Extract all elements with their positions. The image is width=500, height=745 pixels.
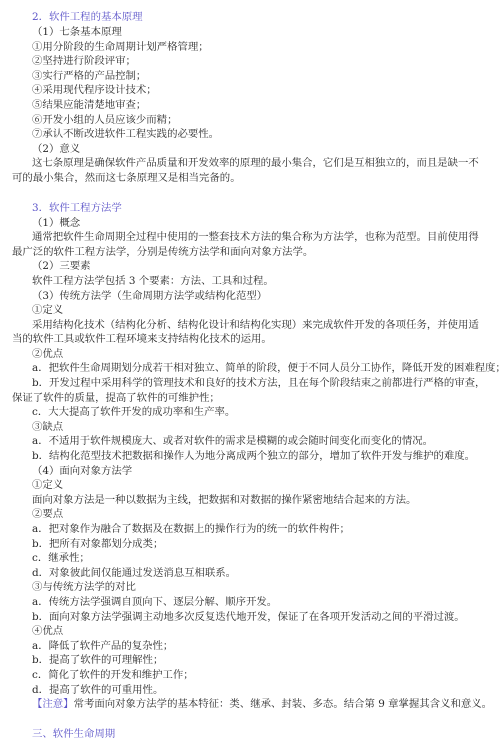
spacer — [12, 712, 486, 727]
meaning-paragraph: 这七条原理是确保软件产品质量和开发效率的原理的最小集合，它们是互相独立的，而且是… — [12, 156, 486, 185]
list-item: d．提高了软件的可重用性。 — [12, 683, 486, 698]
principle-item: ⑤结果应能清楚地审查； — [12, 98, 486, 113]
list-item: a．不适用于软件规模庞大、或者对软件的需求是模糊的或会随时间变化而变化的情况。 — [12, 434, 486, 449]
oo-definition-paragraph: 面向对象方法是一种以数据为主线，把数据和对数据的操作紧密地结合起来的方法。 — [12, 493, 486, 508]
list-item: a．降低了软件产品的复杂性； — [12, 639, 486, 654]
subheading-object-oriented: （4）面向对象方法学 — [12, 464, 486, 479]
subheading-seven-principles: （1）七条基本原理 — [12, 25, 486, 40]
trad-disadvantages-title: ③缺点 — [12, 420, 486, 435]
list-item: c．继承性； — [12, 551, 486, 566]
note-line: 【注意】常考面向对象方法学的基本特征：类、继承、封装、多态。结合第 9 章掌握其… — [12, 697, 486, 712]
subheading-traditional: （3）传统方法学（生命周期方法学或结构化范型） — [12, 289, 486, 304]
oo-advantages-title: ④优点 — [12, 624, 486, 639]
subheading-three-elements: （2）三要素 — [12, 259, 486, 274]
oo-definition-title: ①定义 — [12, 478, 486, 493]
list-item: d．对象彼此间仅能通过发送消息互相联系。 — [12, 566, 486, 581]
list-item: a．把对象作为融合了数据及在数据上的操作行为的统一的软件构件； — [12, 522, 486, 537]
document-page: 2．软件工程的基本原理 （1）七条基本原理 ①用分阶段的生命周期计划严格管理； … — [0, 0, 500, 742]
list-item: b．把所有对象都划分成类； — [12, 537, 486, 552]
spacer — [12, 186, 486, 201]
elements-paragraph: 软件工程方法学包括 3 个要素：方法、工具和过程。 — [12, 274, 486, 289]
trad-definition-title: ①定义 — [12, 303, 486, 318]
list-item: c．大大提高了软件开发的成功率和生产率。 — [12, 405, 486, 420]
list-item: b．面向对象方法学强调主动地多次反复迭代地开发，保证了在各项开发活动之间的平滑过… — [12, 610, 486, 625]
principle-item: ⑦承认不断改进软件工程实践的必要性。 — [12, 127, 486, 142]
subheading-meaning: （2）意义 — [12, 142, 486, 157]
oo-comparison-title: ③与传统方法学的对比 — [12, 580, 486, 595]
note-tag: 【注意】 — [32, 698, 74, 710]
subheading-concept: （1）概念 — [12, 216, 486, 231]
list-item: b．结构化范型技术把数据和操作人为地分离成两个独立的部分，增加了软件开发与维护的… — [12, 449, 486, 464]
trad-advantages-title: ②优点 — [12, 347, 486, 362]
principle-item: ②坚持进行阶段评审； — [12, 54, 486, 69]
list-item: b．提高了软件的可理解性； — [12, 653, 486, 668]
list-item: b．开发过程中采用科学的管理技术和良好的技术方法，且在每个阶段结束之前都进行严格… — [12, 376, 486, 405]
list-item: a．把软件生命周期划分成若干相对独立、简单的阶段，便于不同人员分工协作，降低开发… — [12, 361, 486, 376]
principle-item: ③实行严格的产品控制； — [12, 69, 486, 84]
section-heading-basic-principles: 2．软件工程的基本原理 — [12, 10, 486, 25]
oo-keypoints-title: ②要点 — [12, 507, 486, 522]
principle-item: ④采用现代程序设计技术； — [12, 83, 486, 98]
list-item: c．简化了软件的开发和维护工作； — [12, 668, 486, 683]
principle-item: ⑥开发小组的人员应该少而精； — [12, 113, 486, 128]
list-item: a．传统方法学强调自顶向下、逐层分解、顺序开发。 — [12, 595, 486, 610]
section-heading-lifecycle: 三、软件生命周期 — [12, 727, 486, 742]
note-text: 常考面向对象方法学的基本特征：类、继承、封装、多态。结合第 9 章掌握其含义和意… — [74, 698, 492, 710]
principle-item: ①用分阶段的生命周期计划严格管理； — [12, 40, 486, 55]
trad-definition-paragraph: 采用结构化技术（结构化分析、结构化设计和结构化实现）来完成软件开发的各项任务，并… — [12, 318, 486, 347]
concept-paragraph: 通常把软件生命周期全过程中使用的一整套技术方法的集合称为方法学，也称为范型。目前… — [12, 230, 486, 259]
section-heading-methodology: 3．软件工程方法学 — [12, 201, 486, 216]
